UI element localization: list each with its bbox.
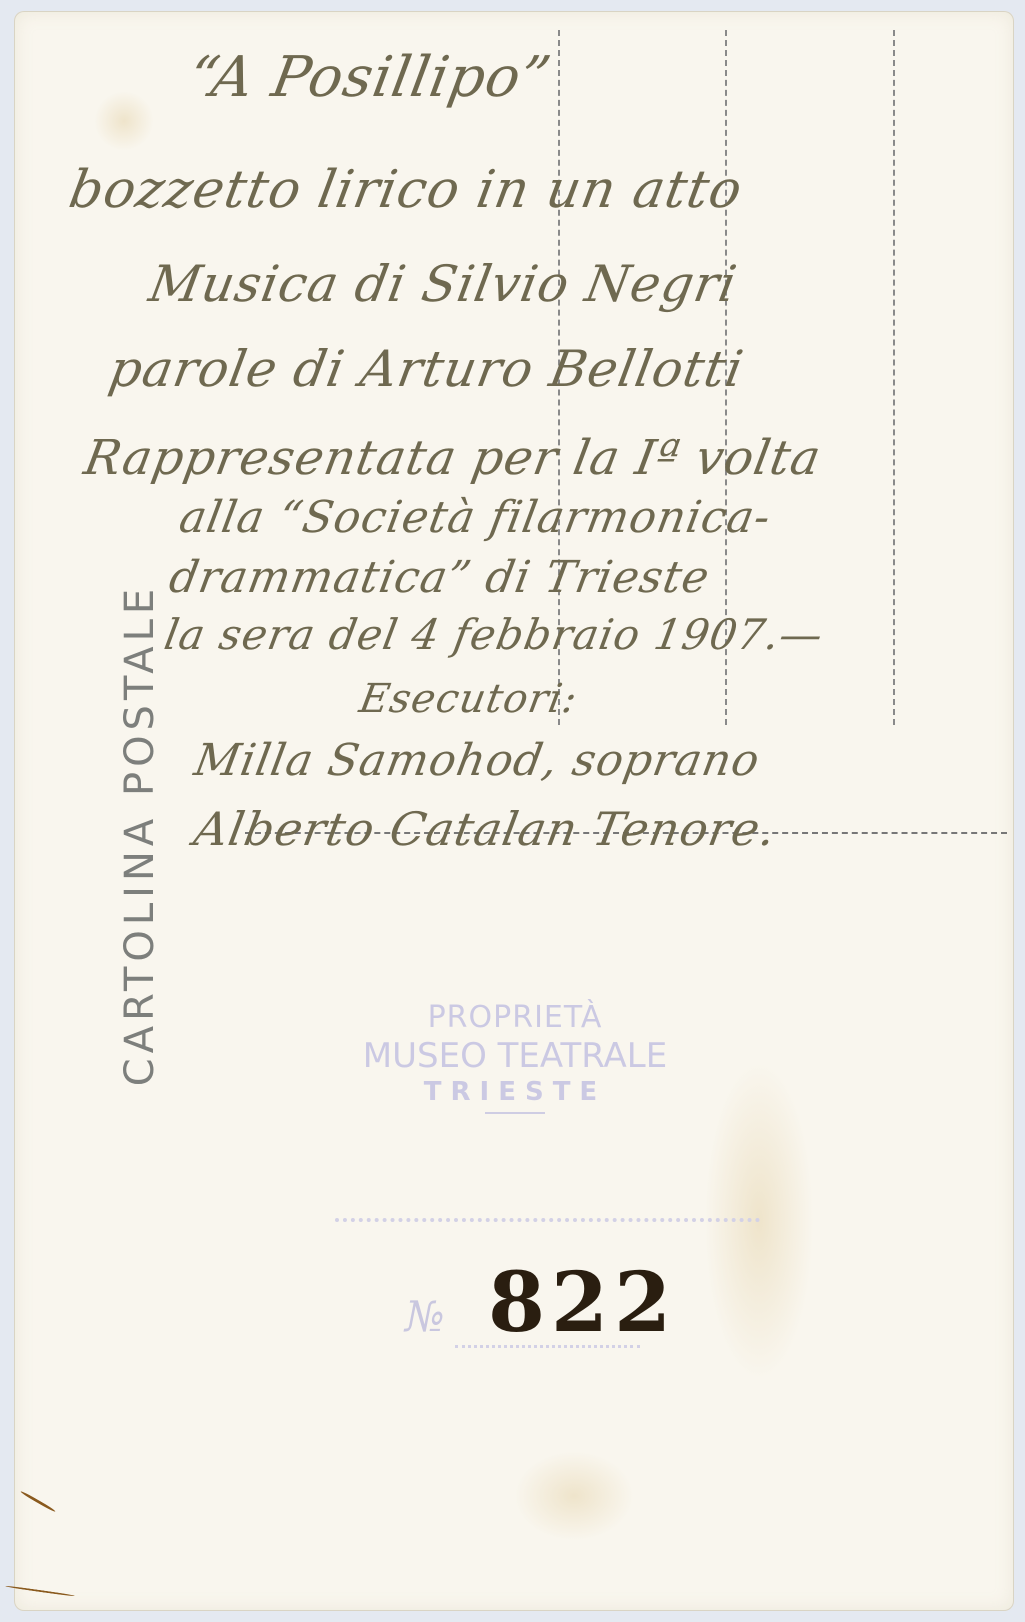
handwritten-line: Alberto Catalan Tenore. — [190, 802, 780, 856]
stamp-line-proprieta: PROPRIETÀ — [345, 1000, 685, 1036]
handwritten-line: Esecutori: — [356, 676, 581, 722]
stamp-line-trieste: TRIESTE — [345, 1077, 685, 1108]
handwritten-line: bozzetto lirico in un atto — [65, 160, 747, 220]
handwritten-line: Milla Samohod, soprano — [191, 735, 764, 786]
handwritten-line-title: “A Posillipo” — [184, 45, 556, 110]
stamp-line-museo: MUSEO TEATRALE — [345, 1036, 685, 1077]
stamp-dotted-line — [335, 1218, 760, 1222]
museum-ownership-stamp: PROPRIETÀ MUSEO TEATRALE TRIESTE — [345, 1000, 685, 1114]
handwritten-line: la sera del 4 febbraio 1907.— — [161, 610, 828, 659]
handwritten-line: Rappresentata per la Iª volta — [80, 430, 825, 486]
cartolina-postale-label: CARTOLINA POSTALE — [117, 525, 163, 1145]
handwritten-line: alla “Società filarmonica- — [176, 492, 775, 543]
handwritten-line: Musica di Silvio Negri — [145, 255, 742, 313]
numero-sign: № — [405, 1292, 445, 1341]
handwritten-line: parole di Arturo Bellotti — [105, 340, 748, 398]
stamp-box-guide-line — [893, 30, 895, 725]
inventory-number: 822 — [488, 1255, 677, 1351]
paper-stain — [94, 91, 154, 151]
paper-stain — [514, 1451, 634, 1541]
handwritten-line: drammatica” di Trieste — [166, 552, 714, 603]
stamp-underline — [485, 1112, 545, 1114]
